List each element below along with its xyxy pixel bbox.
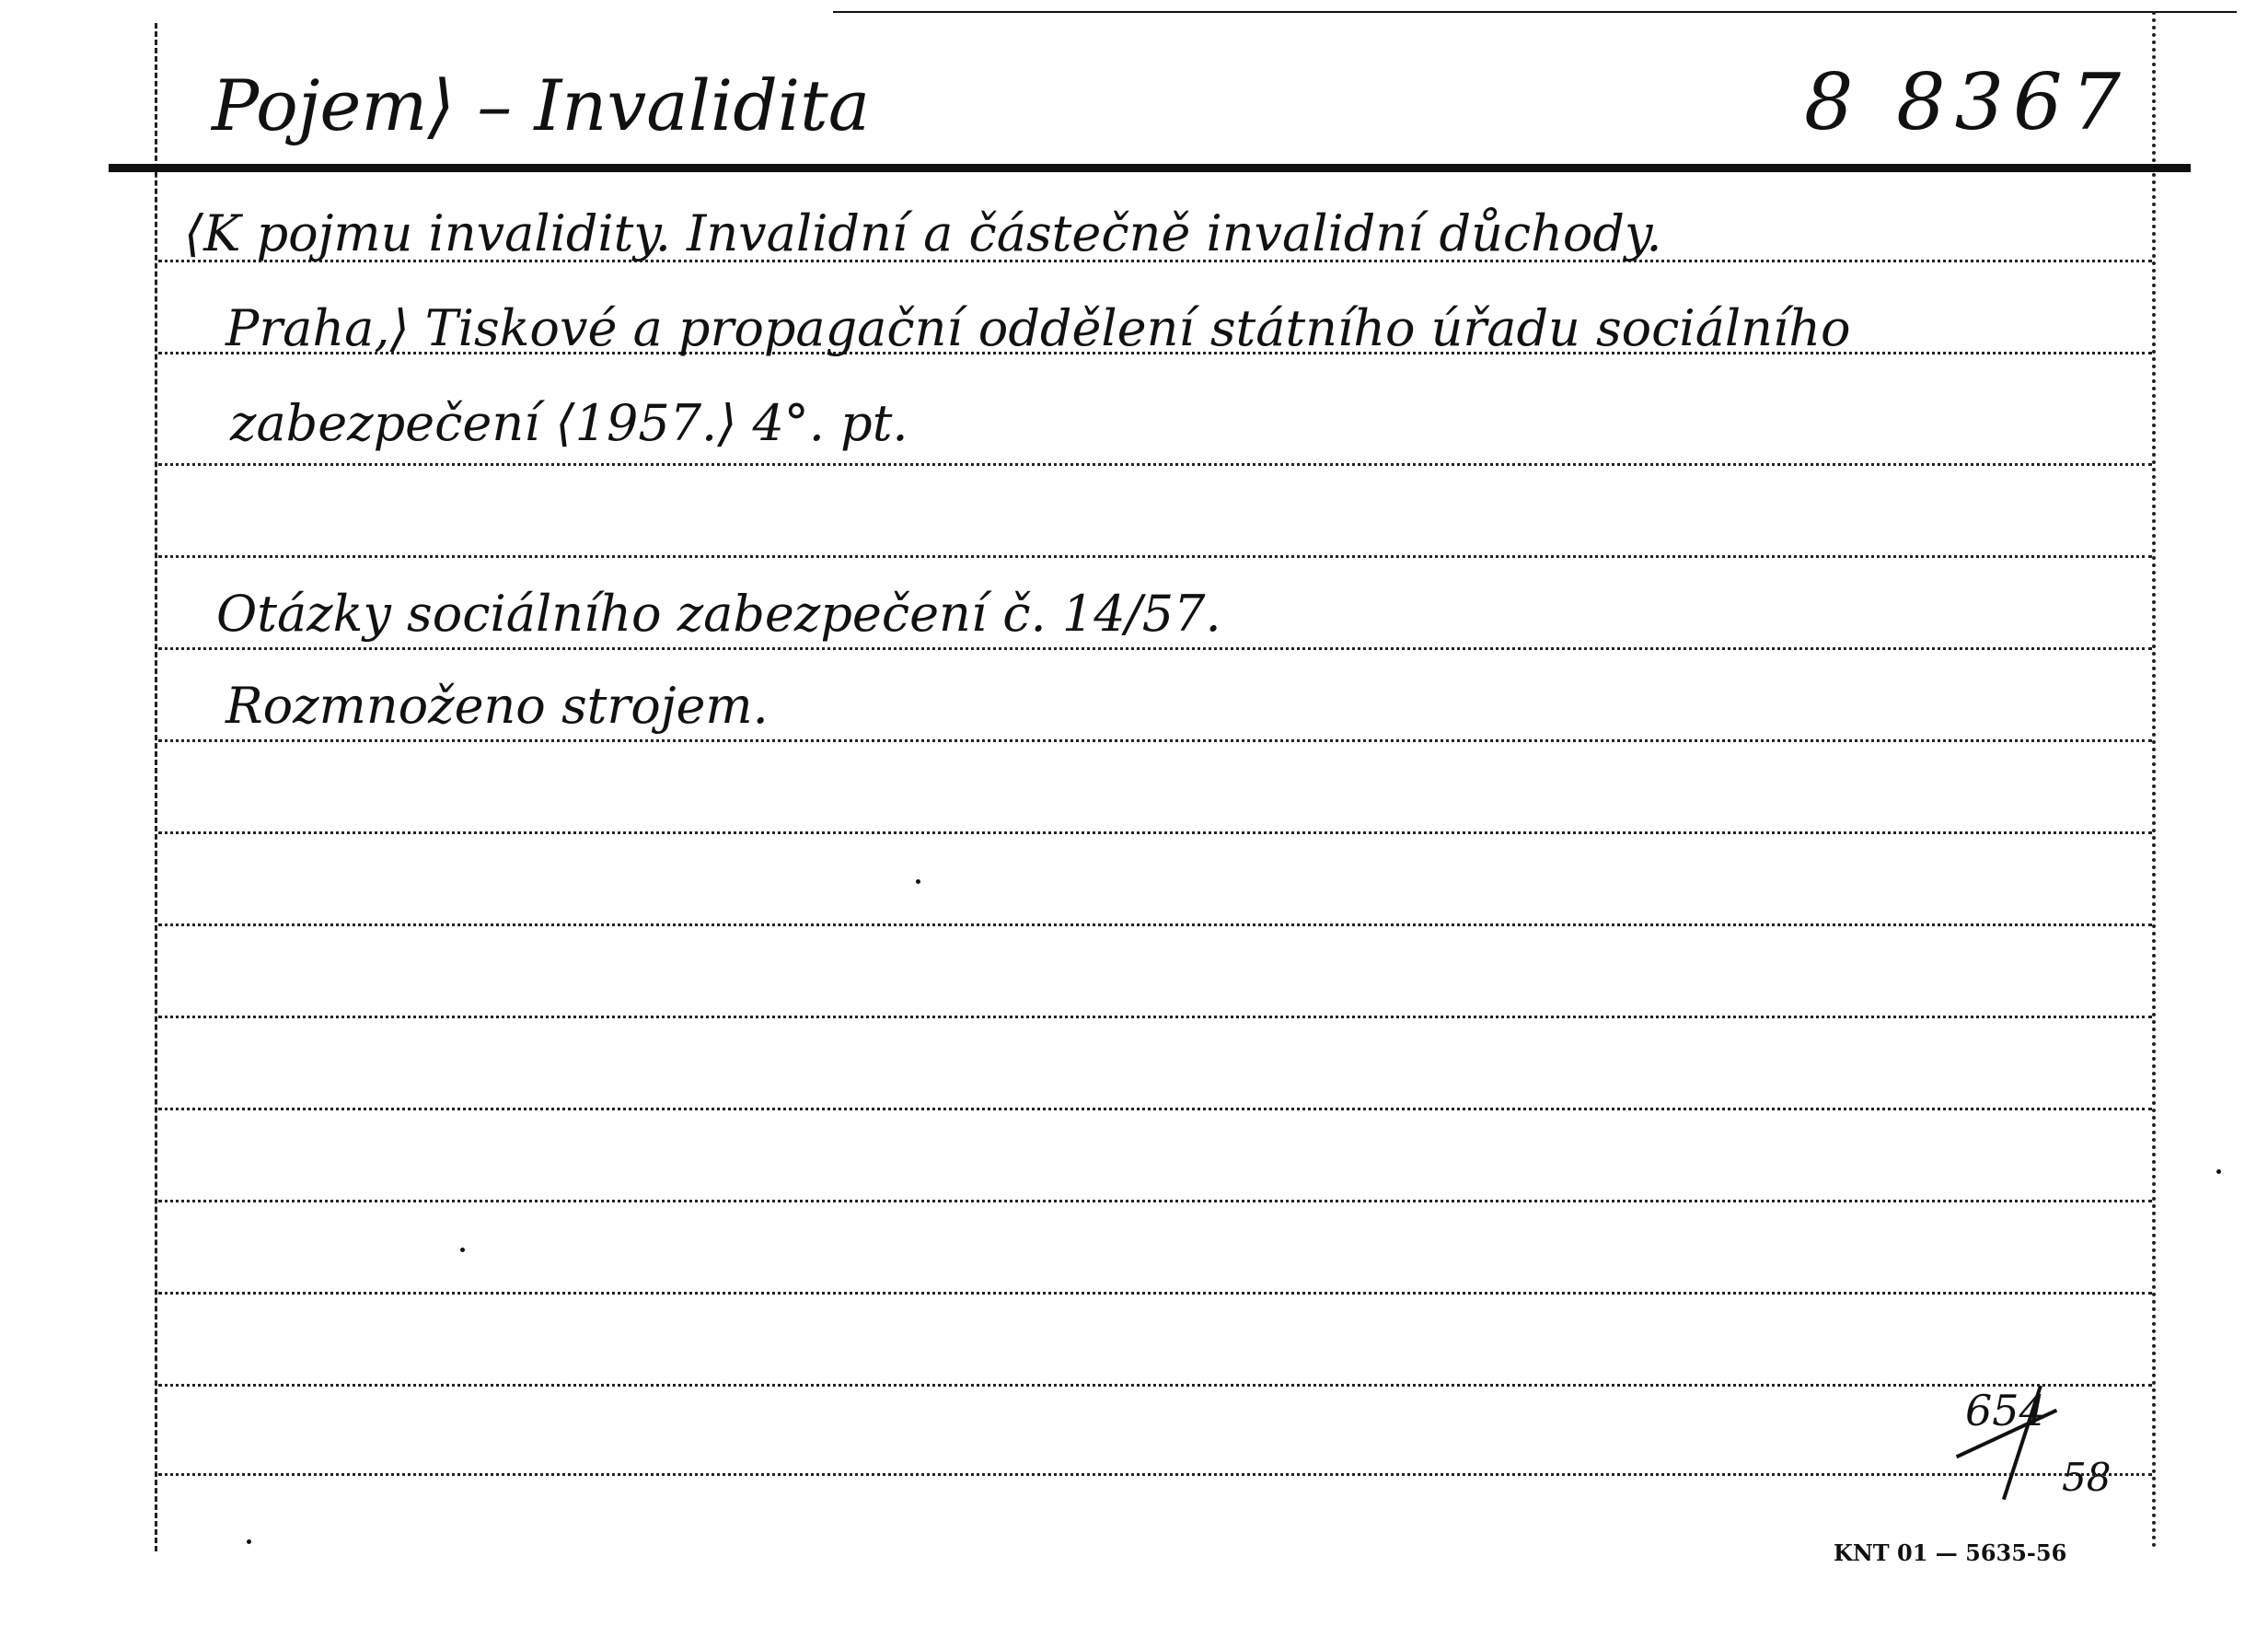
- subject-heading: Pojem⟩ – Invalidita: [212, 64, 870, 146]
- shelf-mark-bottom: 58: [2062, 1455, 2111, 1500]
- ruled-line: [158, 1108, 2152, 1110]
- top-edge-rule: [833, 11, 2237, 13]
- scan-speck: [460, 1248, 465, 1252]
- ruled-line: [158, 1016, 2152, 1018]
- scan-speck: [916, 879, 920, 884]
- ruled-line: [158, 1292, 2152, 1295]
- catalog-card: Pojem⟩ – Invalidita 8 8367 ⟨K pojmu inva…: [0, 0, 2268, 1626]
- entry-line-3: zabezpečení ⟨1957.⟩ 4°. pt.: [230, 394, 908, 452]
- ruled-line: [158, 1473, 2152, 1476]
- right-margin-border: [2152, 11, 2156, 1549]
- ruled-line: [158, 831, 2152, 834]
- ruled-line: [158, 739, 2152, 742]
- series-note: Otázky sociálního zabezpečení č. 14/57.: [216, 585, 1221, 643]
- scan-speck: [2216, 1169, 2221, 1174]
- footer-print-code: KNT 01 — 5635-56: [1834, 1539, 2066, 1566]
- call-number: 8 8367: [1804, 57, 2130, 147]
- ruled-line: [158, 1200, 2152, 1202]
- ruled-line: [158, 647, 2152, 650]
- reproduction-note: Rozmnoženo strojem.: [226, 677, 769, 735]
- scan-speck: [247, 1539, 251, 1544]
- entry-line-1: ⟨K pojmu invalidity. Invalidní a částečn…: [184, 204, 1662, 262]
- ruled-line: [158, 463, 2152, 466]
- entry-line-2: Praha,⟩ Tiskové a propagační oddělení st…: [226, 299, 1851, 357]
- ruled-line: [158, 555, 2152, 558]
- header-separator-bar: [109, 164, 2191, 172]
- ruled-line: [158, 1384, 2152, 1387]
- ruled-line: [158, 923, 2152, 926]
- left-margin-border: [155, 23, 157, 1551]
